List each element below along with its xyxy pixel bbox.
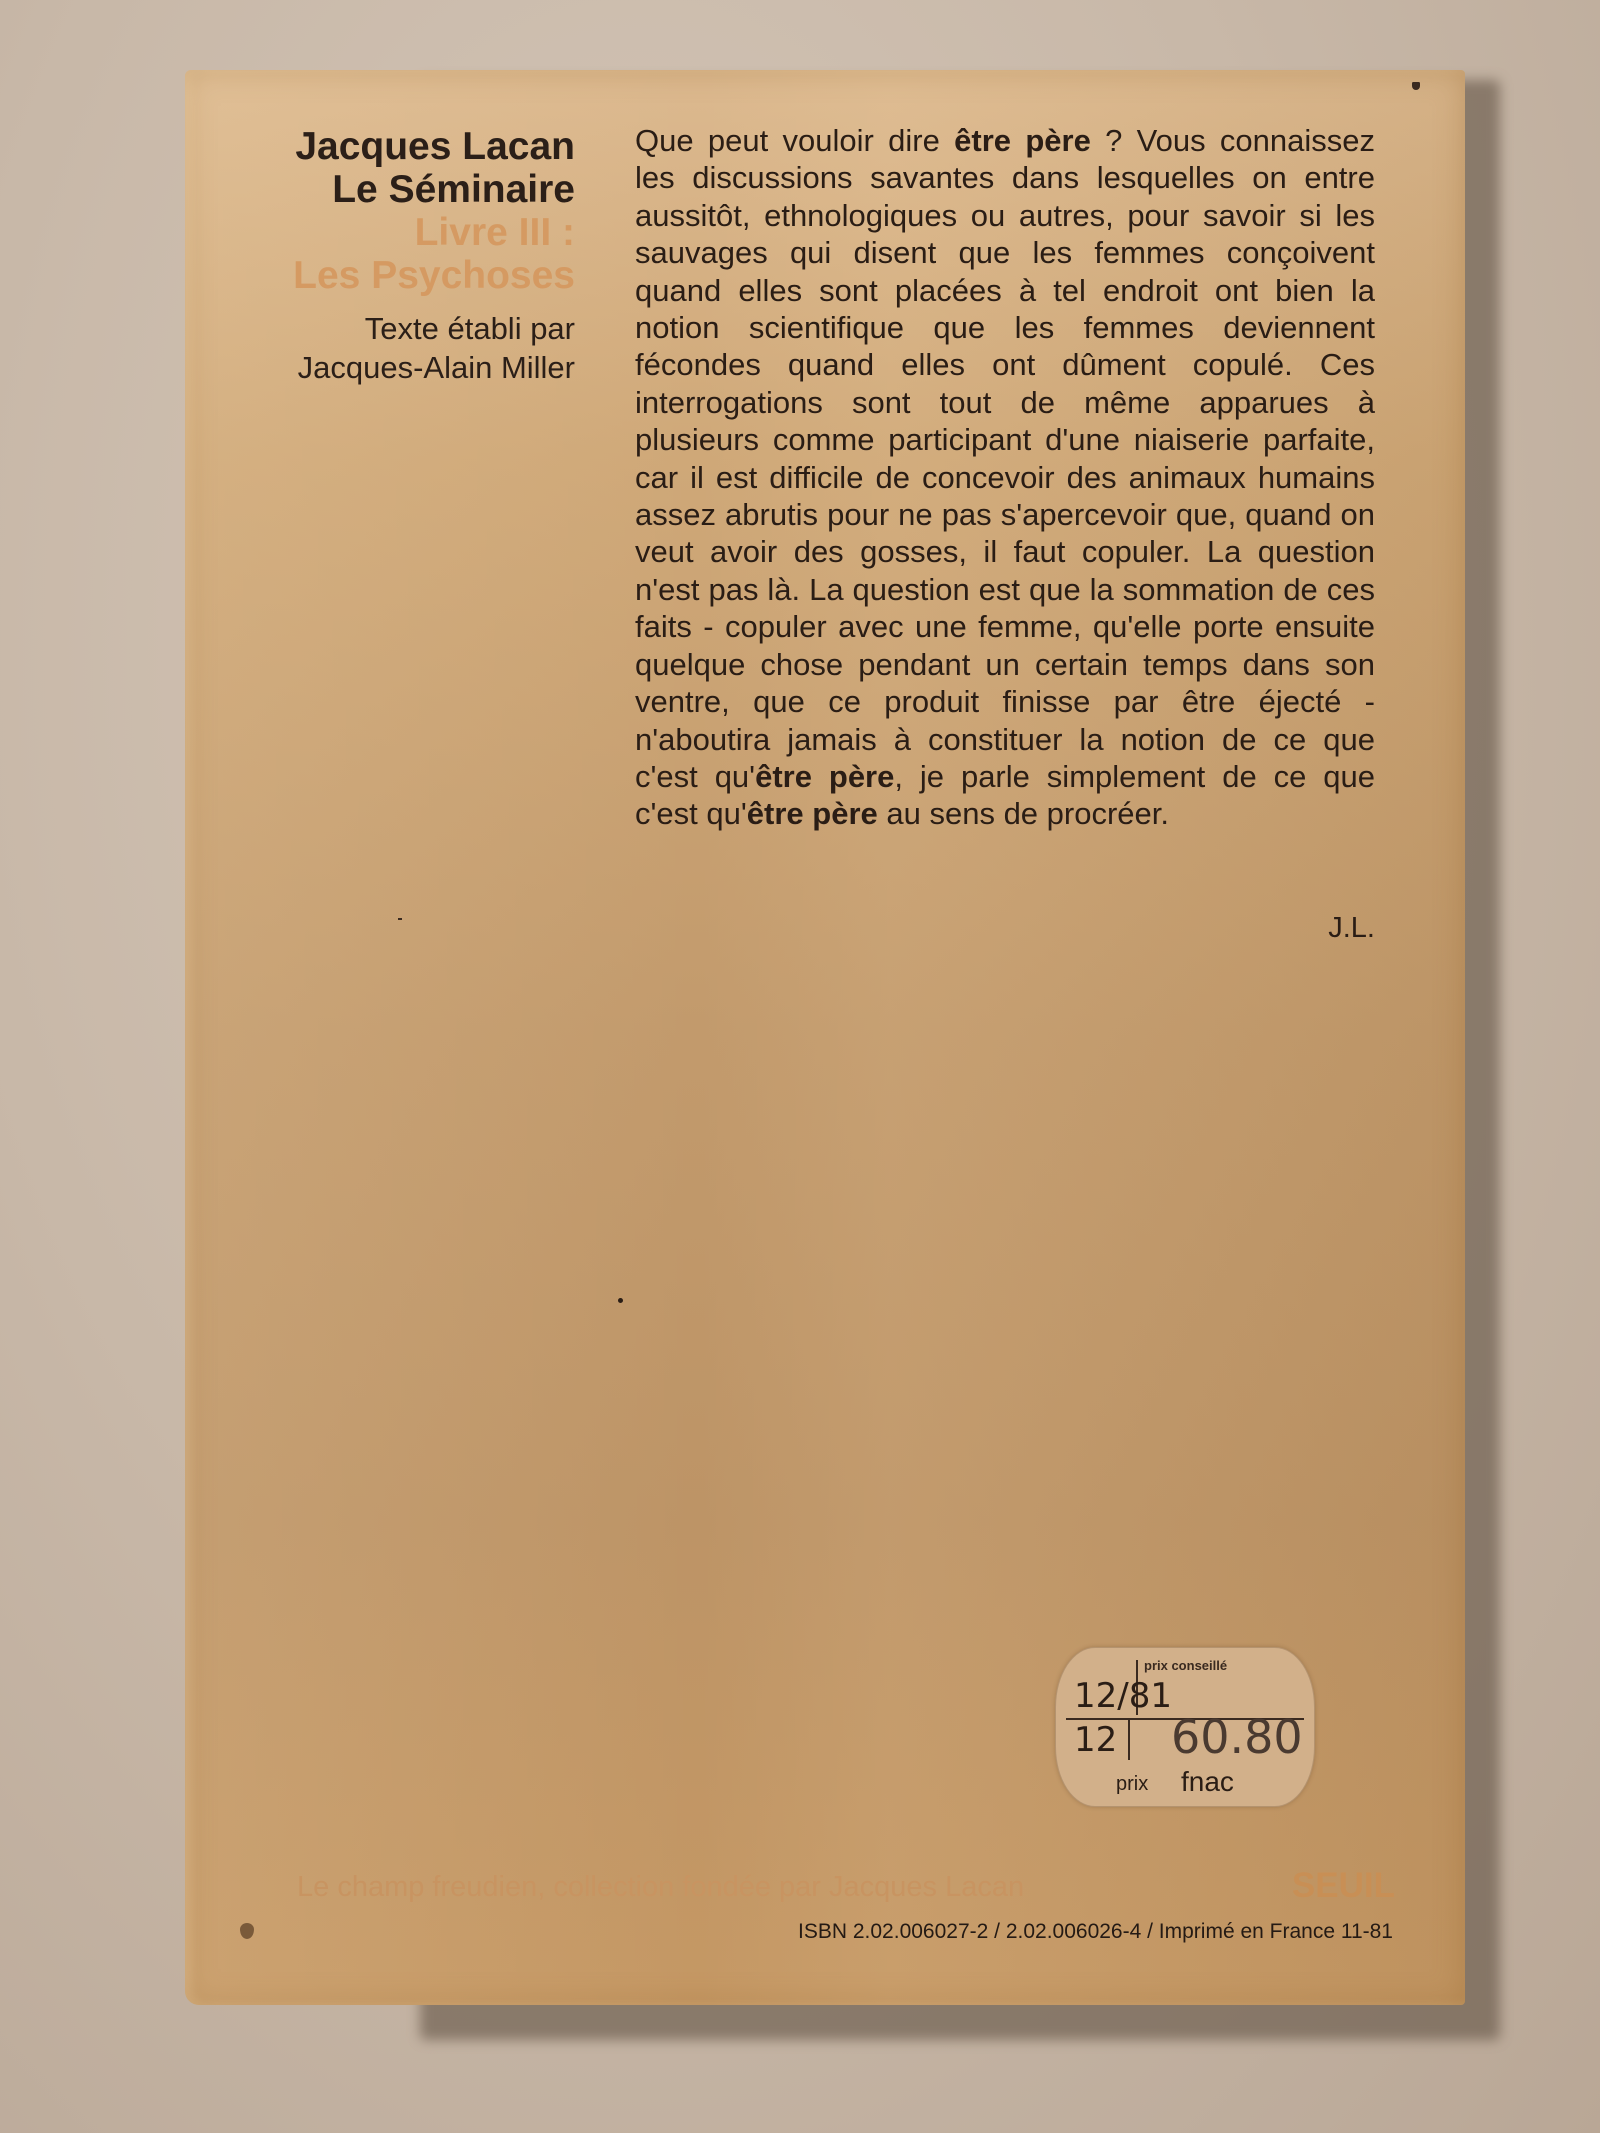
- sticker-code: 12: [1074, 1720, 1117, 1760]
- editor-line-1: Texte établi par: [215, 309, 575, 348]
- sticker-date: 12/81: [1074, 1676, 1172, 1716]
- author-name: Jacques Lacan: [215, 125, 575, 168]
- editor-line-2: Jacques-Alain Miller: [215, 348, 575, 387]
- publisher-logo: SEUIL: [1292, 1866, 1395, 1906]
- sticker-label-prix: prix: [1116, 1773, 1148, 1796]
- collection-line: Le champ freudien, collection fondée par…: [297, 1871, 1024, 1904]
- series-title: Le Séminaire: [215, 168, 575, 211]
- speck: [618, 1298, 623, 1303]
- sticker-price: 60.80: [1171, 1710, 1303, 1764]
- blurb-segment: Que peut vouloir dire: [635, 123, 954, 158]
- price-sticker: prix conseillé 12/81 12 60.80 prix fnac: [1055, 1647, 1315, 1807]
- book-number: Livre III :: [215, 211, 575, 254]
- signature: J.L.: [635, 912, 1375, 945]
- sticker-store: fnac: [1181, 1766, 1234, 1798]
- sticker-divider: [1128, 1720, 1130, 1760]
- isbn-line: ISBN 2.02.006027-2 / 2.02.006026-4 / Imp…: [798, 1920, 1393, 1944]
- blurb-segment: au sens de procréer.: [878, 796, 1169, 831]
- blurb-emphasis: être père: [755, 759, 894, 794]
- blurb-emphasis: être père: [954, 123, 1091, 158]
- book-title: Les Psychoses: [215, 254, 575, 297]
- speck: [1412, 82, 1420, 90]
- title-block: Jacques Lacan Le Séminaire Livre III : L…: [215, 125, 575, 387]
- speck: [398, 918, 402, 920]
- blurb-segment: ? Vous connaissez les discussions savant…: [635, 123, 1375, 794]
- sticker-label-advised: prix conseillé: [1144, 1658, 1227, 1673]
- blurb-emphasis: être père: [747, 796, 878, 831]
- editor-credit: Texte établi par Jacques-Alain Miller: [215, 309, 575, 387]
- stain-spot: [240, 1923, 254, 1939]
- book-back-cover: Jacques Lacan Le Séminaire Livre III : L…: [185, 70, 1465, 2005]
- blurb-text: Que peut vouloir dire être père ? Vous c…: [635, 122, 1375, 833]
